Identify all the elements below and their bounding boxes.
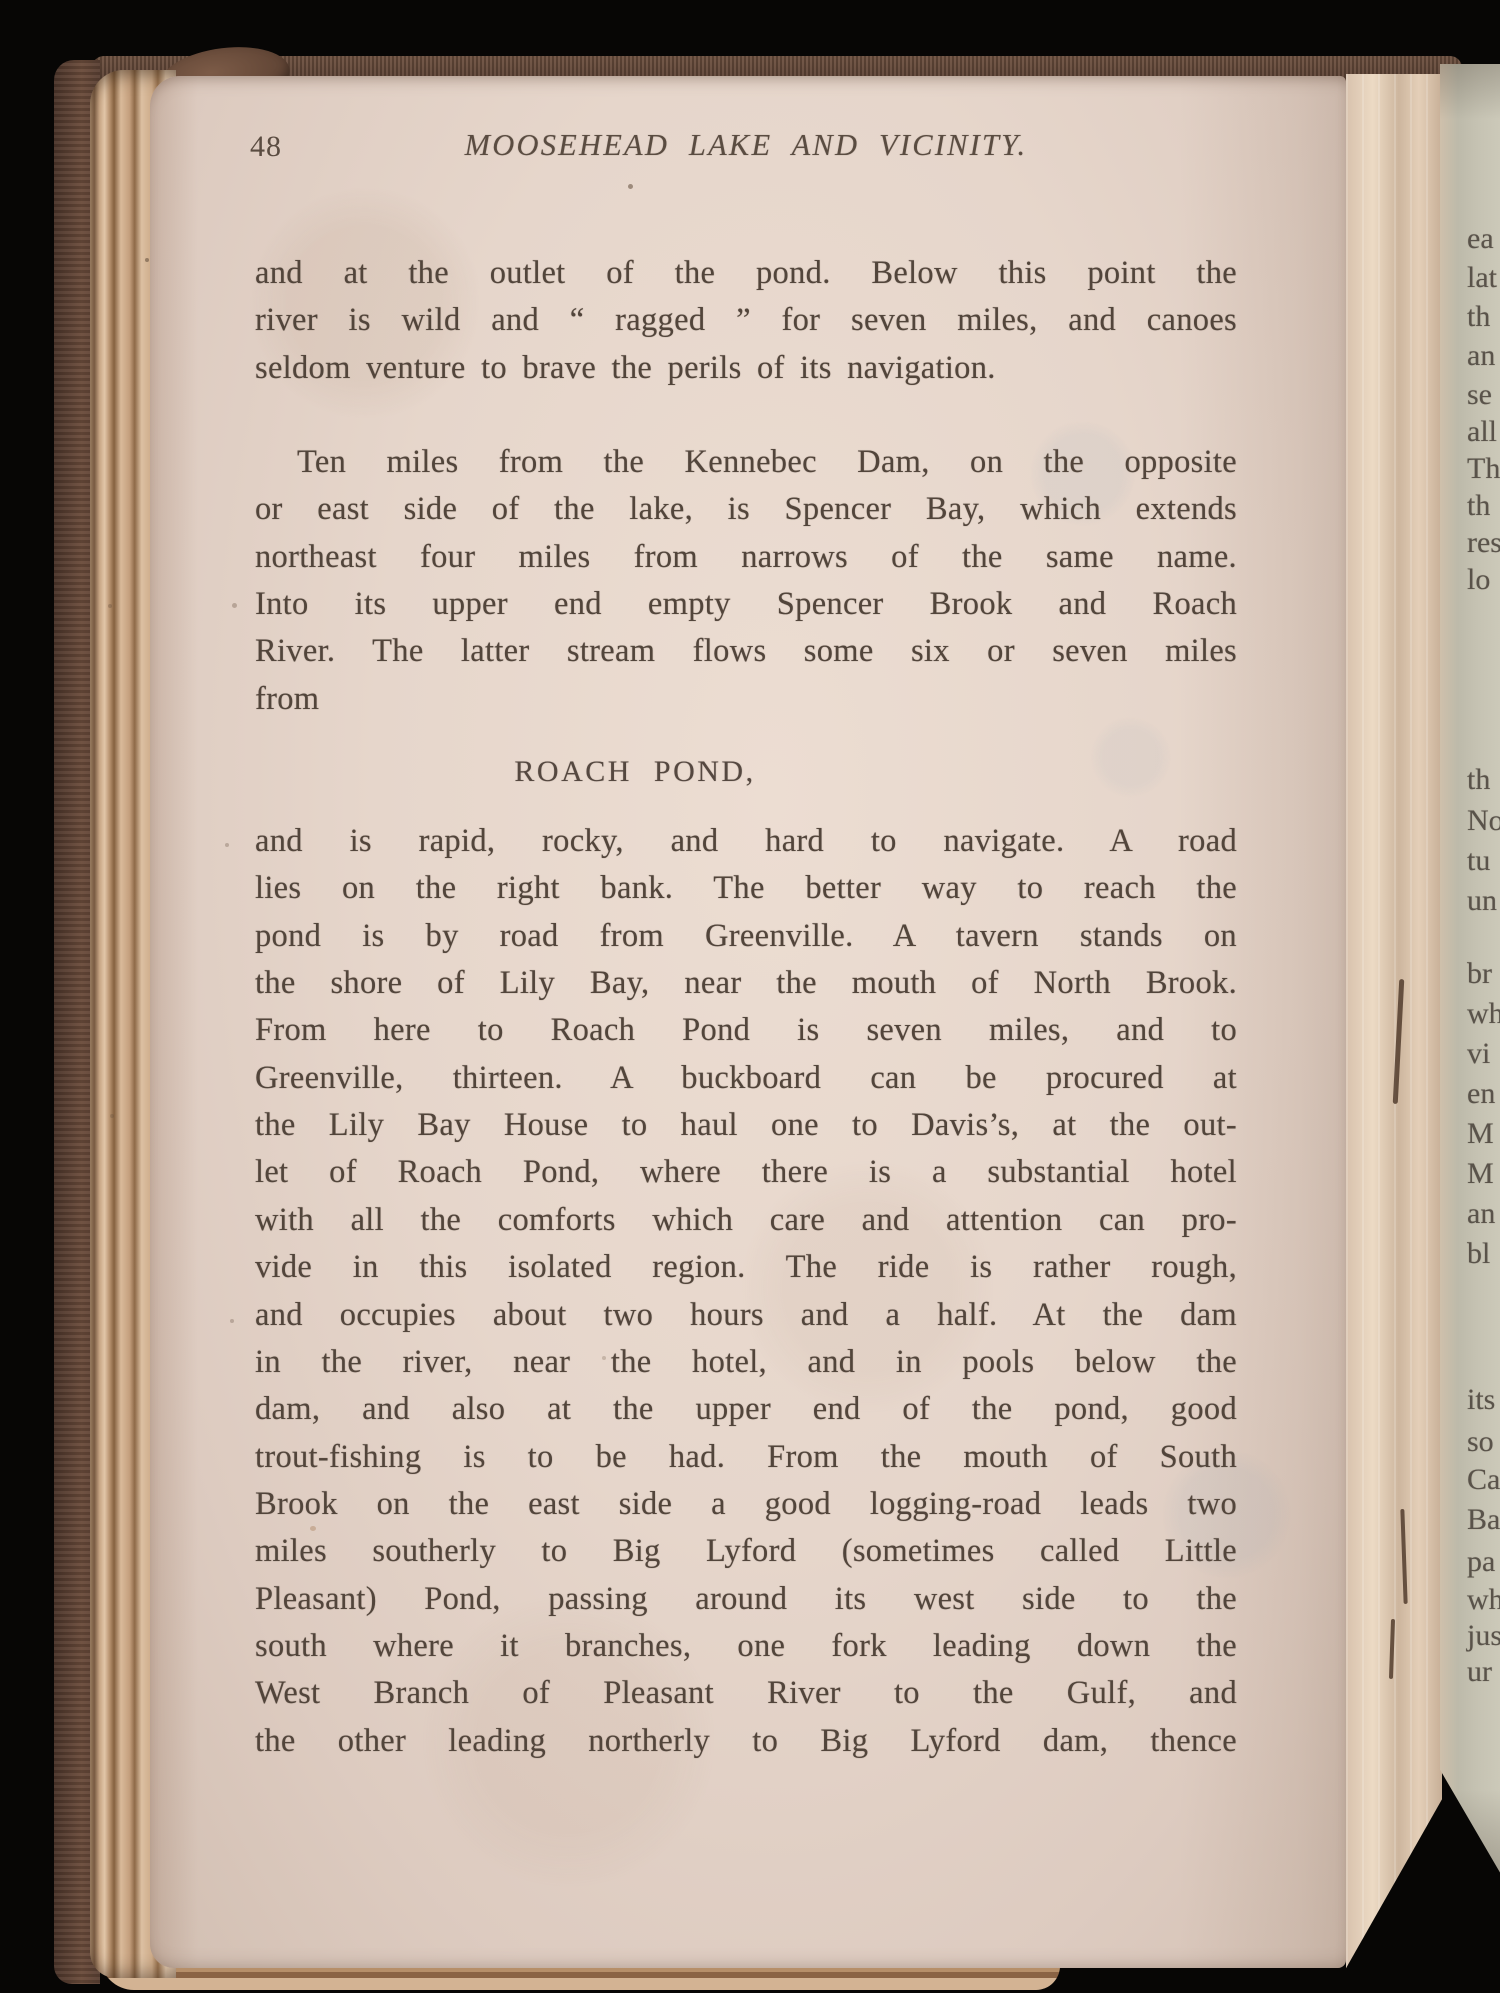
adjacent-page-text-fragment: all [1467, 415, 1497, 449]
adjacent-page-text-fragment: tu [1467, 844, 1490, 878]
text-line: Pleasant) Pond, passing around its west … [255, 1578, 1237, 1622]
text-line: the other leading northerly to Big Lyfor… [255, 1720, 1237, 1764]
adjacent-page-text-fragment: ea [1467, 222, 1494, 256]
adjacent-page-text-fragment: so [1467, 1425, 1494, 1459]
text-line: miles southerly to Big Lyford (sometimes… [255, 1530, 1237, 1574]
text-line: river is wild and “ ragged ” for seven m… [255, 299, 1237, 343]
text-line: lies on the right bank. The better way t… [255, 867, 1237, 911]
adjacent-page-text-fragment: se [1467, 378, 1492, 412]
adjacent-page-text-fragment: pa [1467, 1545, 1495, 1579]
adjacent-page-text-fragment: bl [1467, 1237, 1490, 1271]
text-line: West Branch of Pleasant River to the Gul… [255, 1672, 1237, 1716]
text-line: with all the comforts which care and att… [255, 1199, 1237, 1243]
adjacent-page-text-fragment: en [1467, 1077, 1495, 1111]
adjacent-page-text-fragment: its [1467, 1383, 1495, 1417]
text-line: Into its upper end empty Spencer Brook a… [255, 583, 1237, 627]
adjacent-page-text-fragment: No [1467, 804, 1500, 838]
fore-edge-crack [1393, 979, 1405, 1104]
adjacent-page-text-fragment: th [1467, 763, 1490, 797]
text-line: pond is by road from Greenville. A taver… [255, 915, 1237, 959]
adjacent-page-text-fragment: res [1467, 526, 1500, 560]
adjacent-page-text-fragment: un [1467, 884, 1497, 918]
paper-speck [232, 603, 237, 608]
paper-speck [225, 843, 229, 847]
paper-speck [310, 1526, 316, 1531]
text-line: and occupies about two hours and a half.… [255, 1294, 1237, 1338]
fore-edge-crack [1389, 1619, 1395, 1679]
text-line: Brook on the east side a good logging-ro… [255, 1483, 1237, 1527]
adjacent-page-text-fragment: th [1467, 300, 1490, 334]
adjacent-page-text-fragment: vi [1467, 1037, 1490, 1071]
text-line: and at the outlet of the pond. Below thi… [255, 252, 1237, 296]
text-line: Ten miles from the Kennebec Dam, on the … [297, 441, 1237, 485]
text-line: trout-fishing is to be had. From the mou… [255, 1436, 1237, 1480]
text-line: let of Roach Pond, where there is a subs… [255, 1151, 1237, 1195]
paper-speck [145, 258, 149, 262]
paper-speck [602, 1356, 606, 1360]
text-line: From here to Roach Pond is seven miles, … [255, 1009, 1237, 1053]
text-line: dam, and also at the upper end of the po… [255, 1388, 1237, 1432]
adjacent-page-text-fragment: M [1467, 1117, 1494, 1151]
fore-edge-crack [1400, 1509, 1407, 1604]
text-line: vide in this isolated region. The ride i… [255, 1246, 1237, 1290]
adjacent-page-text-fragment: Th [1467, 452, 1500, 486]
paper-speck [628, 184, 633, 189]
text-line: northeast four miles from narrows of the… [255, 536, 1237, 580]
adjacent-page-text-fragment: wh [1467, 997, 1500, 1031]
text-line: in the river, near the hotel, and in poo… [255, 1341, 1237, 1385]
text-line: and is rapid, rocky, and hard to navigat… [255, 820, 1237, 864]
page-fore-edge [1346, 74, 1442, 1972]
adjacent-page-text-fragment: M [1467, 1157, 1494, 1191]
book-page: 48 MOOSEHEAD LAKE AND VICINITY. and at t… [150, 76, 1346, 1968]
paper-speck [230, 1319, 234, 1323]
paper-speck [110, 1114, 114, 1118]
adjacent-page-text-fragment: wh [1467, 1583, 1500, 1617]
text-line: the Lily Bay House to haul one to Davis’… [255, 1104, 1237, 1148]
adjacent-page-text-fragment: jus [1467, 1619, 1500, 1653]
text-line: or east side of the lake, is Spencer Bay… [255, 488, 1237, 532]
text-line: seldom venture to brave the perils of it… [255, 347, 1237, 391]
adjacent-page-text-fragment: ur [1467, 1655, 1492, 1689]
paper-speck [108, 604, 112, 608]
section-heading: ROACH POND, [514, 755, 755, 789]
text-line: from [255, 678, 1237, 722]
adjacent-page-text-fragment: an [1467, 1197, 1495, 1231]
text-line: the shore of Lily Bay, near the mouth of… [255, 962, 1237, 1006]
text-line: south where it branches, one fork leadin… [255, 1625, 1237, 1669]
adjacent-page-text-fragment: lat [1467, 261, 1497, 295]
adjacent-page-text-fragment: Ba [1467, 1503, 1500, 1537]
text-line: Greenville, thirteen. A buckboard can be… [255, 1057, 1237, 1101]
adjacent-page-text-fragment: lo [1467, 563, 1490, 597]
photo-background: 48 MOOSEHEAD LAKE AND VICINITY. and at t… [0, 0, 1500, 1993]
adjacent-page-text-fragment: Ca [1467, 1463, 1500, 1497]
adjacent-page-text-fragment: an [1467, 339, 1495, 373]
running-title: MOOSEHEAD LAKE AND VICINITY. [255, 128, 1237, 163]
text-line: River. The latter stream flows some six … [255, 630, 1237, 674]
adjacent-page-text-fragment: th [1467, 489, 1490, 523]
adjacent-page-text-fragment: br [1467, 957, 1492, 991]
